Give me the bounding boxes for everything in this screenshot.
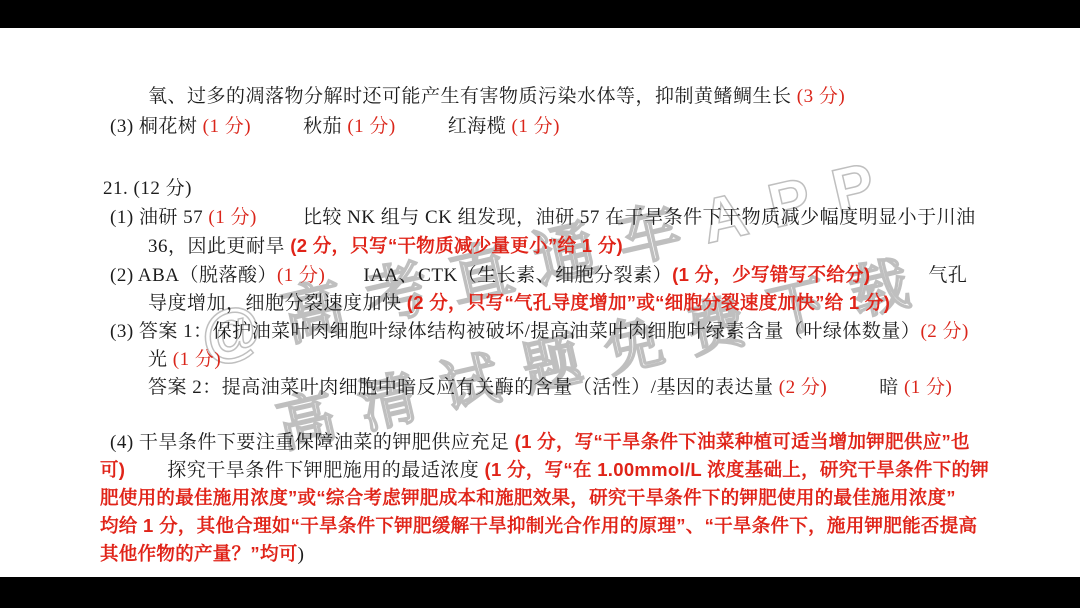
answer-text: ): [298, 544, 305, 565]
score-note: (2 分): [779, 377, 827, 398]
answer-line-12: 可)探究干旱条件下钾肥施用的最适浓度 (1 分，写“在 1.00mmol/L 浓…: [100, 458, 989, 483]
answer-text: 21. (12 分): [103, 178, 192, 199]
answer-line-15: 其他作物的产量？”均可): [100, 542, 304, 567]
answer-line-3: 21. (12 分): [103, 177, 192, 201]
answer-text: 氧、过多的凋落物分解时还可能产生有害物质污染水体等，抑制黄鳍鲷生长: [148, 86, 797, 107]
answer-text: 暗: [879, 377, 904, 398]
answer-text: 秋茄: [303, 116, 347, 137]
answer-text: (3) 答案 1：保护油菜叶肉细胞叶绿体结构被破坏/提高油菜叶肉细胞叶绿素含量（…: [110, 321, 920, 342]
answer-line-8: (3) 答案 1：保护油菜叶肉细胞叶绿体结构被破坏/提高油菜叶肉细胞叶绿素含量（…: [110, 320, 969, 344]
answer-text: 气孔: [928, 265, 967, 286]
answer-text: (4) 干旱条件下要注重保障油菜的钾肥供应充足: [110, 432, 515, 453]
answer-line-7: 导度增加，细胞分裂速度加快 (2 分，只写“气孔导度增加”或“细胞分裂速度加快”…: [148, 291, 890, 316]
answer-text: 探究干旱条件下钾肥施用的最适浓度: [167, 460, 484, 481]
score-note: 均给 1 分，其他合理如“干旱条件下钾肥缓解干旱抑制光合作用的原理”、“干旱条件…: [100, 515, 977, 536]
answer-line-11: (4) 干旱条件下要注重保障油菜的钾肥供应充足 (1 分，写“干旱条件下油菜种植…: [110, 430, 970, 455]
answer-line-5: 36，因此更耐旱 (2 分，只写“干物质减少量更小”给 1 分): [148, 234, 623, 259]
answer-line-9: 光 (1 分): [148, 348, 221, 372]
spacer: [325, 280, 363, 281]
score-note: (1 分，写“在 1.00mmol/L 浓度基础上，研究干旱条件下的钾: [485, 459, 990, 480]
answer-line-13: 肥使用的最佳施用浓度”或“综合考虑钾肥成本和施肥效果，研究干旱条件下的钾肥使用的…: [100, 486, 956, 511]
spacer: [827, 392, 879, 393]
answer-line-4: (1) 油研 57 (1 分)比较 NK 组与 CK 组发现，油研 57 在干旱…: [110, 206, 976, 230]
answer-text: 比较 NK 组与 CK 组发现，油研 57 在干旱条件下干物质减少幅度明显小于川…: [303, 207, 976, 228]
score-note: (2 分): [920, 321, 968, 342]
score-note: (1 分): [208, 207, 256, 228]
score-note: (1 分): [347, 116, 395, 137]
answer-line-1: 氧、过多的凋落物分解时还可能产生有害物质污染水体等，抑制黄鳍鲷生长 (3 分): [148, 85, 845, 109]
score-note: (3 分): [797, 86, 845, 107]
score-note: (2 分，只写“气孔导度增加”或“细胞分裂速度加快”给 1 分): [407, 292, 890, 313]
score-note: 可): [100, 459, 125, 480]
answer-text: 红海榄: [448, 116, 512, 137]
spacer: [125, 475, 167, 476]
answer-text: 答案 2：提高油菜叶肉细胞中暗反应有关酶的含量（活性）/基因的表达量: [148, 377, 779, 398]
answer-key-document: 氧、过多的凋落物分解时还可能产生有害物质污染水体等，抑制黄鳍鲷生长 (3 分)(…: [0, 0, 1080, 608]
score-note: (1 分，写“干旱条件下油菜种植可适当增加钾肥供应”也: [515, 431, 970, 452]
score-note: (2 分，只写“干物质减少量更小”给 1 分): [290, 235, 623, 256]
score-note: 其他作物的产量？”均可: [100, 543, 298, 564]
answer-line-2: (3) 桐花树 (1 分)秋茄 (1 分)红海榄 (1 分): [110, 115, 560, 139]
answer-text: IAA、CTK（生长素、细胞分裂素）: [363, 265, 672, 286]
score-note: (1 分): [512, 116, 560, 137]
answer-text: 光: [148, 349, 173, 370]
answer-text: (2) ABA（脱落酸）: [110, 265, 277, 286]
score-note: (1 分，少写错写不给分): [672, 264, 870, 285]
score-note: 肥使用的最佳施用浓度”或“综合考虑钾肥成本和施肥效果，研究干旱条件下的钾肥使用的…: [100, 487, 956, 508]
score-note: (1 分): [904, 377, 952, 398]
spacer: [396, 131, 448, 132]
answer-text: (1) 油研 57: [110, 207, 208, 228]
spacer: [257, 222, 303, 223]
score-note: (1 分): [203, 116, 251, 137]
answer-text: 导度增加，细胞分裂速度加快: [148, 293, 407, 314]
spacer: [870, 280, 928, 281]
score-note: (1 分): [277, 265, 325, 286]
answer-text: (3) 桐花树: [110, 116, 203, 137]
answer-line-6: (2) ABA（脱落酸）(1 分)IAA、CTK（生长素、细胞分裂素）(1 分，…: [110, 263, 967, 288]
answer-text: 36，因此更耐旱: [148, 236, 290, 257]
score-note: (1 分): [173, 349, 221, 370]
answer-line-14: 均给 1 分，其他合理如“干旱条件下钾肥缓解干旱抑制光合作用的原理”、“干旱条件…: [100, 514, 977, 539]
spacer: [251, 131, 303, 132]
answer-line-10: 答案 2：提高油菜叶肉细胞中暗反应有关酶的含量（活性）/基因的表达量 (2 分)…: [148, 376, 952, 400]
